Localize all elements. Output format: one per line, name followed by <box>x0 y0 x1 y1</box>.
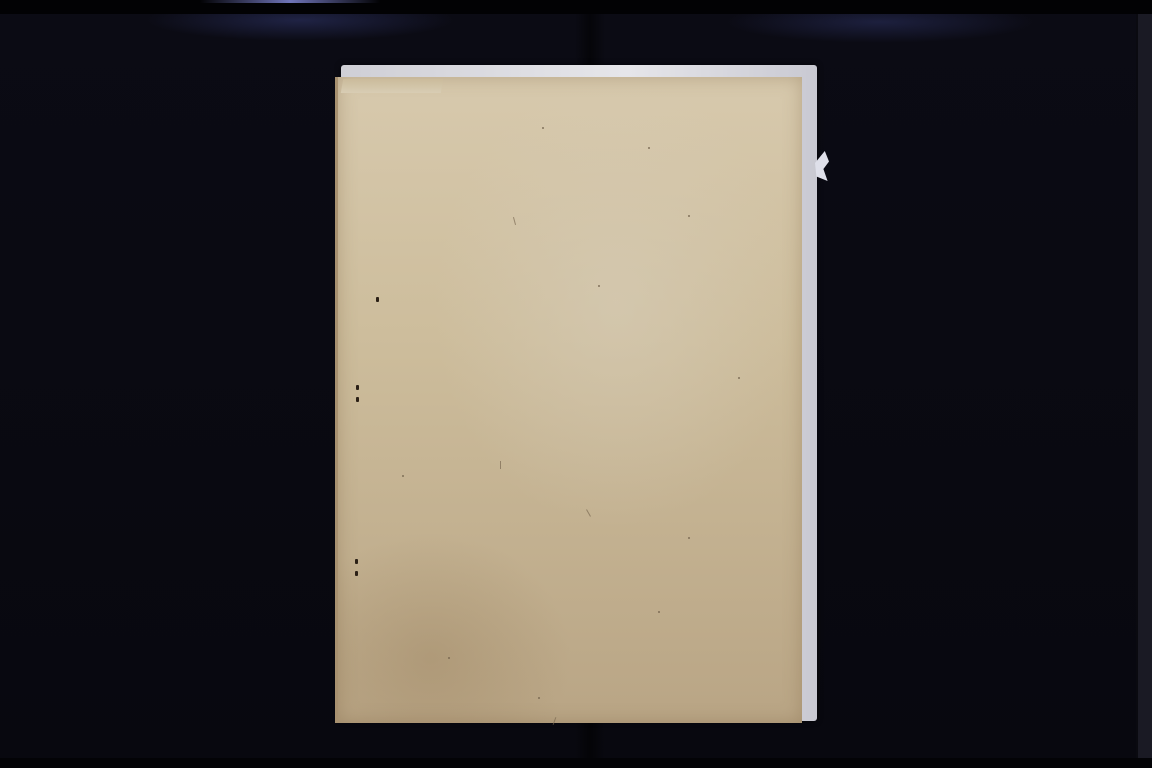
binding-hole <box>356 397 359 402</box>
top-edge-strip <box>0 0 1152 14</box>
binding-hole <box>355 559 358 564</box>
paper-speck <box>402 475 404 477</box>
cover-top-flap <box>341 79 443 93</box>
binding-hole <box>376 297 379 302</box>
paper-speck <box>688 537 690 539</box>
paper-document <box>335 65 817 723</box>
paper-speck <box>658 611 660 613</box>
paper-fiber <box>513 217 516 225</box>
document-cover <box>335 77 802 723</box>
frame-right-edge <box>1136 14 1152 768</box>
binding-hole <box>356 385 359 390</box>
light-reflection <box>200 0 380 3</box>
paper-speck <box>738 377 740 379</box>
frame-bottom-edge <box>0 758 1152 768</box>
paper-fiber <box>500 461 501 469</box>
paper-speck <box>598 285 600 287</box>
paper-fiber <box>586 509 591 516</box>
paper-speck <box>538 697 540 699</box>
paper-speck <box>542 127 544 129</box>
binding-hole <box>355 571 358 576</box>
paper-speck <box>688 215 690 217</box>
paper-speck <box>648 147 650 149</box>
paper-speck <box>448 657 450 659</box>
